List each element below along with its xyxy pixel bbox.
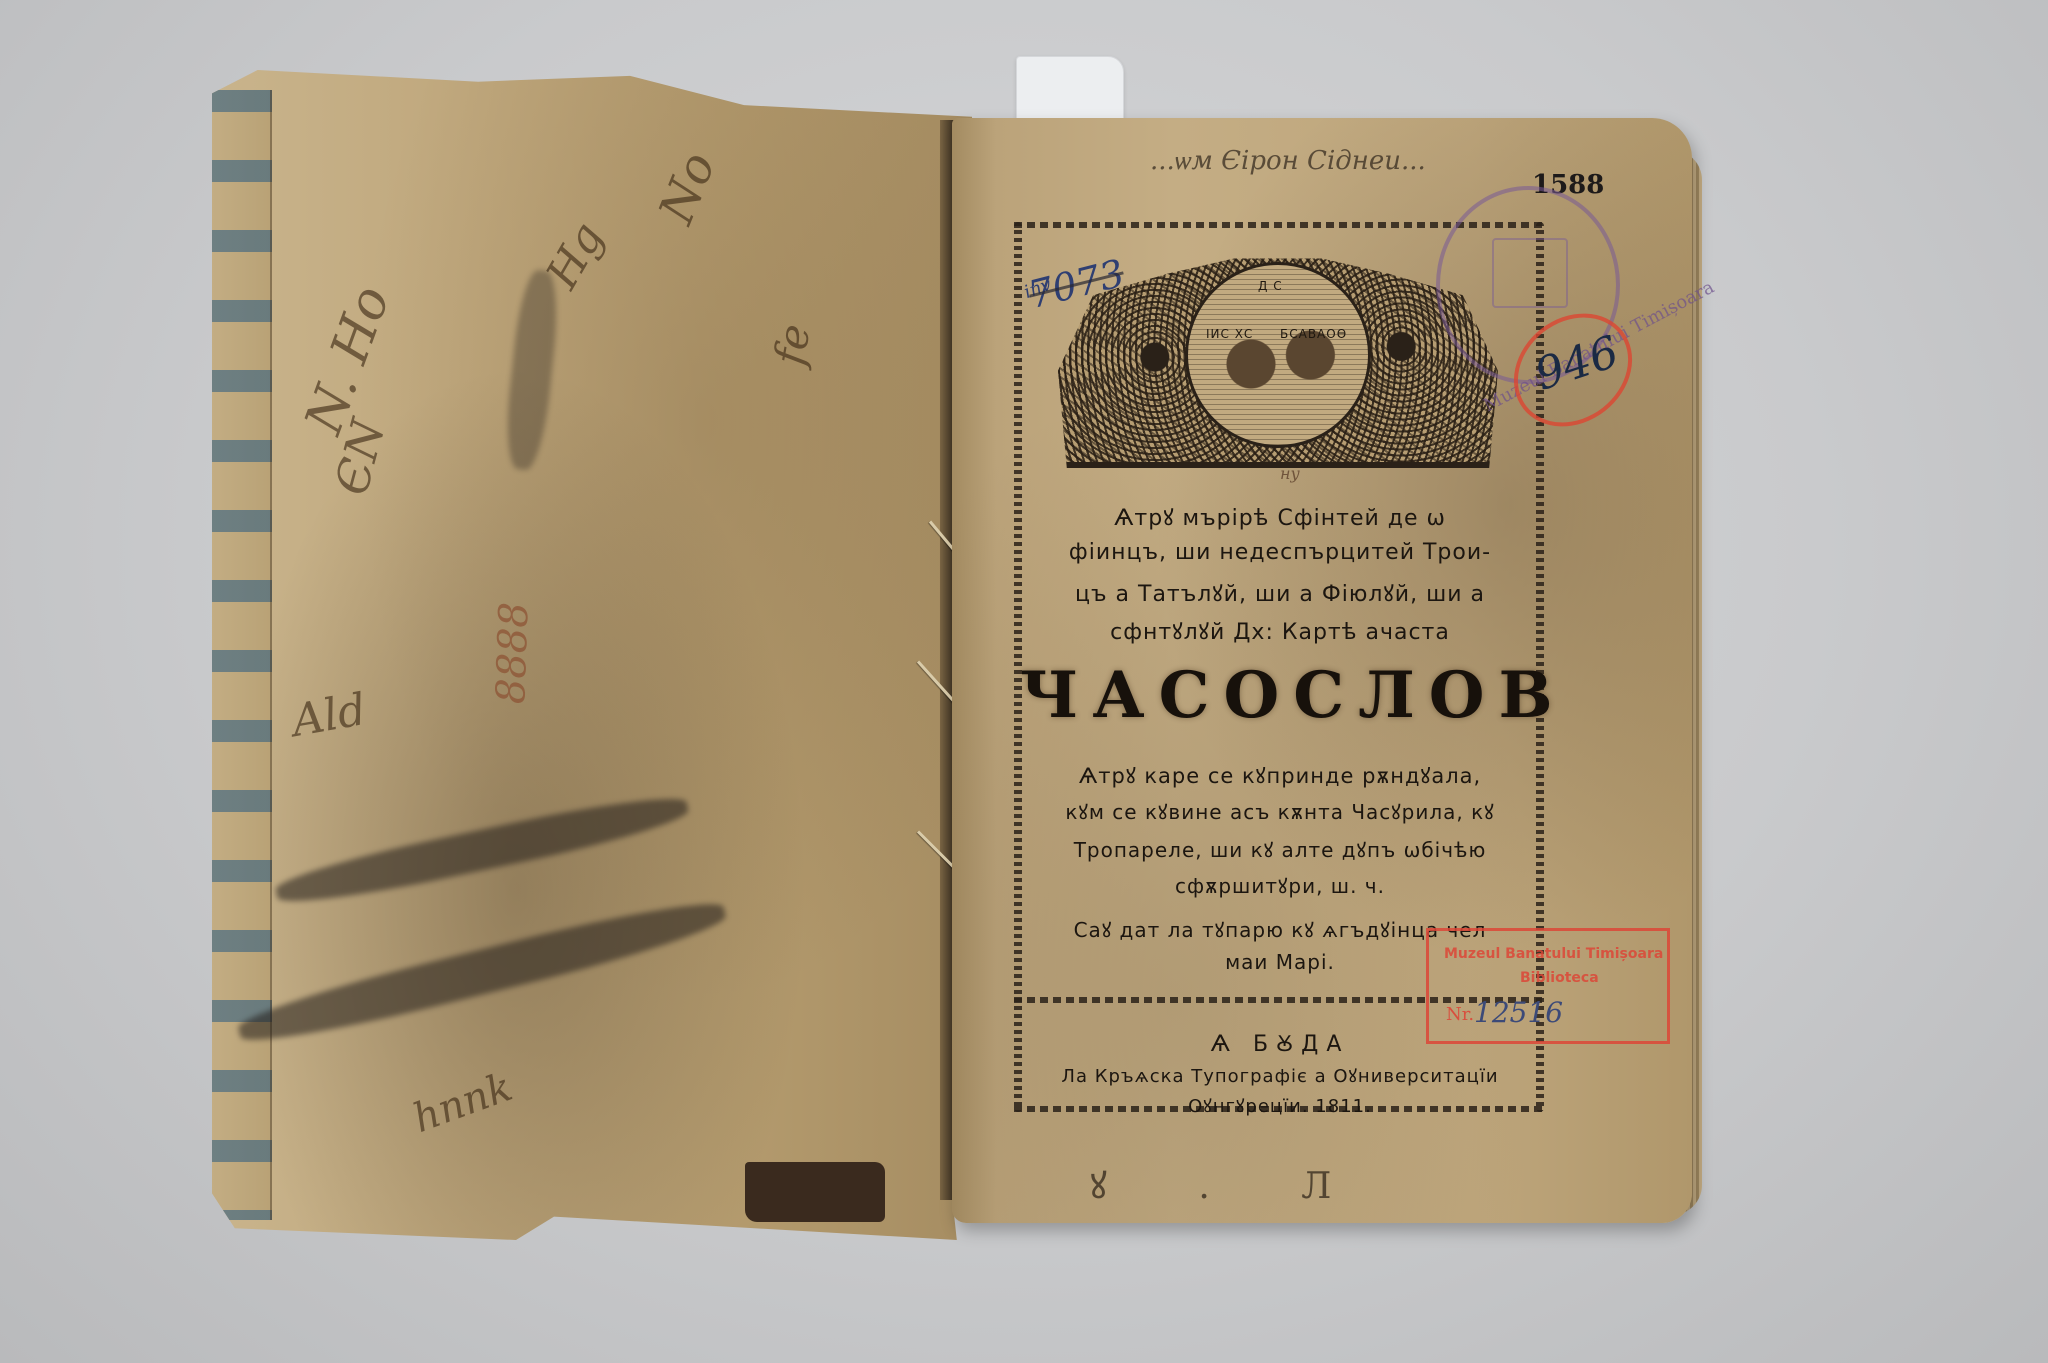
ink-smear (502, 268, 563, 471)
handwritten-scribble: No (648, 145, 726, 232)
medallion-label-top: Д С (1258, 279, 1283, 293)
red-stamp-line-1: Muzeul Banatului Timișoara (1444, 946, 1663, 962)
left-page-inside-cover: N. Ho ЄN 8888 Hg No Ald fe hnnk (212, 70, 972, 1240)
handwritten-scribble: fe (765, 320, 820, 368)
red-stamp-line-2: Biblioteca (1520, 970, 1599, 986)
ink-smear (272, 787, 691, 913)
margin-note: ну (1280, 464, 1300, 483)
dedication-line: фіинцъ, ши недеспърцитей Трои- (1020, 540, 1540, 565)
handwritten-scribble: hnnk (407, 1064, 518, 1142)
handwritten-scribble: Ald (288, 684, 370, 747)
medallion-label-right: БСАВАОѲ (1280, 327, 1347, 341)
top-handwritten-inscription: ...ѡм Єірон Сіднеи... (1150, 146, 1426, 176)
subtitle-line: сфѫршитꙋри, ш. ч. (1020, 872, 1540, 899)
red-stamp-no-label: Nr. (1446, 1004, 1474, 1025)
medallion-label-left: ІИС ХС (1206, 327, 1253, 341)
exposed-board-fragment (745, 1162, 885, 1222)
book-title: ЧАСОСЛОВ (1020, 658, 1540, 733)
bottom-handwritten-marks: ꙋ . Л (1090, 1160, 1371, 1209)
blue-patterned-edge-strip (212, 90, 272, 1220)
imprint-press: Ла Кръѧска Тупографіє а Оꙋниверситацїи (1020, 1064, 1540, 1088)
trinity-medallion: Д С ІИС ХС БСАВАОѲ (1185, 262, 1371, 448)
purple-stamp-emblem (1492, 238, 1568, 308)
dedication-line: сфнтꙋлꙋй Дх: Картѣ ачаста (1020, 616, 1540, 646)
subtitle-line: Ѧтрꙋ каре се кꙋпринде рѫндꙋала, (1020, 762, 1540, 790)
red-stamp-number: 12516 (1474, 996, 1563, 1029)
handwritten-scribble: 8888 (488, 601, 538, 704)
ink-smear (234, 890, 730, 1054)
subtitle-line: кꙋм се кꙋвине асъ кѫнта Часꙋрила, кꙋ (1020, 798, 1540, 825)
dedication-line: цъ а Татълꙋй, ши а Фіюлꙋй, ши а (1020, 578, 1540, 608)
dedication-line: Ѧтрꙋ мърірѣ Сфінтей де ѡ (1020, 502, 1540, 532)
subtitle-line: Тропареле, ши кꙋ алте дꙋпъ ѡбічѣю (1020, 836, 1540, 863)
imprint-year: Оꙋнгꙋрецїи. 1811. (1020, 1094, 1540, 1118)
